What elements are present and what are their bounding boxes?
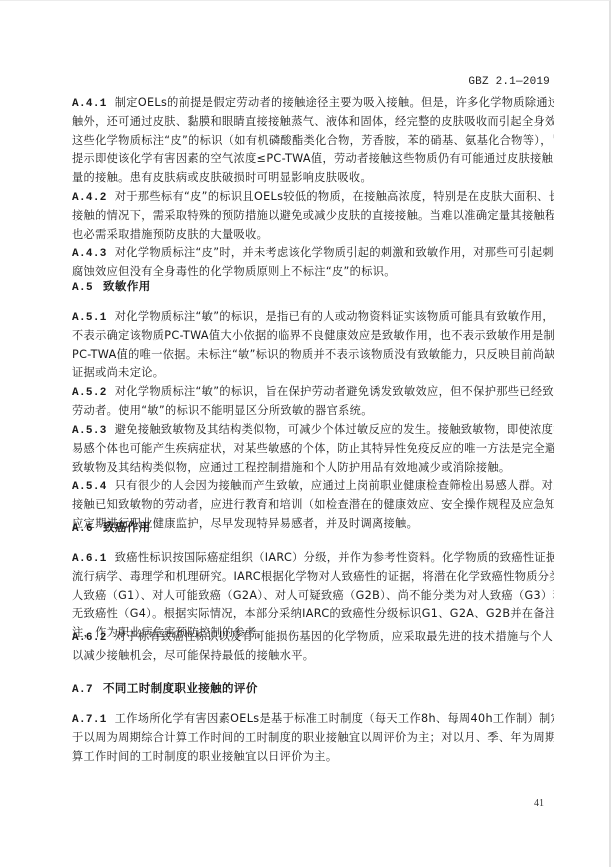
clause-number: A.4.3 xyxy=(72,248,107,260)
paragraph-a-5-2: A.5.2对化学物质标注“敏”的标识，旨在保护劳动者避免诱发致敏效应，但不保护那… xyxy=(72,383,554,421)
section-number: A.6 xyxy=(72,523,93,535)
text-line: 对化学物质标注“敏”的标识，是指已有的人或动物资料证实该物质可能具有致敏作用，但… xyxy=(115,310,554,323)
clause-number: A.4.2 xyxy=(72,192,107,204)
paragraph-a-4-2: A.4.2对于那些标有“皮”的标识且OELs较低的物质，在接触高浓度，特别是在皮… xyxy=(72,188,554,244)
text-line: 以减少接触机会，尽可能保持最低的接触水平。 xyxy=(72,647,554,666)
clause-number: A.5.4 xyxy=(72,481,107,493)
text-line: 流行病学、毒理学和机理研究。IARC根据化学物对人致癌性的证据，将潜在化学致癌性… xyxy=(72,568,554,587)
clause-number: A.5.3 xyxy=(72,425,107,437)
section-number: A.7 xyxy=(72,684,93,696)
text-line: 证据或尚未定论。 xyxy=(72,364,554,383)
section-heading-a-7: A.7不同工时制度职业接触的评价 xyxy=(72,680,258,696)
text-line: 这些化学物质标注“皮”的标识（如有机磷酸酯类化合物，芳香胺，苯的硝基、氨基化合物… xyxy=(72,132,554,151)
text-line: 制定OELs的前提是假定劳动者的接触途径主要为吸入接触。但是，许多化学物质除通过… xyxy=(115,96,554,109)
clause-number: A.7.1 xyxy=(72,714,107,726)
paragraph-a-4-1: A.4.1制定OELs的前提是假定劳动者的接触途径主要为吸入接触。但是，许多化学… xyxy=(72,94,554,188)
paragraph-a-5-3: A.5.3避免接触致敏物及其结构类似物，可减少个体过敏反应的发生。接触致敏物，即… xyxy=(72,421,554,477)
paragraph-a-4-3: A.4.3对化学物质标注“皮”时，并未考虑该化学物质引起的刺激和致敏作用，对那些… xyxy=(72,244,554,282)
paragraph-a-6-2: A.6.2对于标有致癌性标识以及有可能损伤基因的化学物质，应采取最先进的技术措施… xyxy=(72,628,554,666)
clause-number: A.6.2 xyxy=(72,632,107,644)
text-line: 致敏物及其结构类似物，应通过工程控制措施和个人防护用品有效地减少或消除接触。 xyxy=(72,459,554,478)
section-title: 不同工时制度职业接触的评价 xyxy=(103,681,258,695)
clause-number: A.5.2 xyxy=(72,387,107,399)
text-line: 也必需采取措施预防皮肤的大量吸收。 xyxy=(72,226,554,245)
text-line: 对于那些标有“皮”的标识且OELs较低的物质，在接触高浓度，特别是在皮肤大面积、… xyxy=(115,190,554,203)
text-line: 于以周为周期综合计算工作时间的工时制度的职业接触宜以周评价为主；对以月、季、年为… xyxy=(72,729,554,748)
text-line: 不表示确定该物质PC-TWA值大小依据的临界不良健康效应是致敏作用，也不表示致敏… xyxy=(72,327,554,346)
section-title: 致癌作用 xyxy=(103,520,151,534)
text-line: 致癌性标识按国际癌症组织（IARC）分级，并作为参考性资料。化学物质的致癌性证据… xyxy=(115,551,554,564)
text-line: 对化学物质标注“皮”时，并未考虑该化学物质引起的刺激和致敏作用，对那些可引起刺激… xyxy=(115,246,554,259)
clause-number: A.5.1 xyxy=(72,312,107,324)
section-heading-a-5: A.5致敏作用 xyxy=(72,278,151,294)
page-number: 41 xyxy=(534,798,544,809)
standard-code-header: GBZ 2.1—2019 xyxy=(468,76,550,88)
document-page: GBZ 2.1—2019 A.4.1制定OELs的前提是假定劳动者的接触途径主要… xyxy=(0,0,611,867)
text-line: 只有很少的人会因为接触而产生致敏，应通过上岗前职业健康检查筛检出易感人群。对工作… xyxy=(115,479,554,492)
text-line: 无致癌性（G4）。根据实际情况，本部分采纳IARC的致癌性分级标识G1、G2A、… xyxy=(72,605,554,624)
text-line: 对于标有致癌性标识以及有可能损伤基因的化学物质，应采取最先进的技术措施与个人防护… xyxy=(115,630,554,643)
text-line: 易感个体也可能产生疾病症状，对某些敏感的个体，防止其特异性免疫反应的唯一方法是完… xyxy=(72,440,554,459)
text-line: 对化学物质标注“敏”的标识，旨在保护劳动者避免诱发致敏效应，但不保护那些已经致敏… xyxy=(115,385,554,398)
text-line: 算工作时间的工时制度的职业接触宜以日评价为主。 xyxy=(72,748,554,767)
clause-number: A.4.1 xyxy=(72,98,107,110)
text-line: 提示即使该化学有害因素的空气浓度≤PC-TWA值，劳动者接触这些物质仍有可能通过… xyxy=(72,150,554,169)
clause-number: A.6.1 xyxy=(72,553,107,565)
text-line: 避免接触致敏物及其结构类似物，可减少个体过敏反应的发生。接触致敏物，即使浓度很低… xyxy=(115,423,554,436)
text-line: PC-TWA值的唯一依据。未标注“敏”标识的物质并不表示该物质没有致敏能力，只反… xyxy=(72,346,554,365)
paragraph-a-7-1: A.7.1工作场所化学有害因素OELs是基于标准工时制度（每天工作8h、每周40… xyxy=(72,710,554,766)
text-line: 触外，还可通过皮肤、黏膜和眼睛直接接触蒸气、液体和固体，经完整的皮肤吸收而引起全… xyxy=(72,113,554,132)
text-line: 人致癌（G1）、对人可能致癌（G2A）、对人可疑致癌（G2B）、尚不能分类为对人… xyxy=(72,587,554,606)
paragraph-a-5-1: A.5.1对化学物质标注“敏”的标识，是指已有的人或动物资料证实该物质可能具有致… xyxy=(72,308,554,383)
section-title: 致敏作用 xyxy=(103,279,151,293)
section-heading-a-6: A.6致癌作用 xyxy=(72,519,151,535)
text-line: 量的接触。患有皮肤病或皮肤破损时可明显影响皮肤吸收。 xyxy=(72,169,554,188)
text-line: 劳动者。使用“敏”的标识不能明显区分所致敏的器官系统。 xyxy=(72,402,554,421)
text-line: 接触的情况下，需采取特殊的预防措施以避免或减少皮肤的直接接触。当难以准确定量其接… xyxy=(72,207,554,226)
text-line: 工作场所化学有害因素OELs是基于标准工时制度（每天工作8h、每周40h工作制）… xyxy=(115,712,554,725)
text-line: 接触已知致敏物的劳动者，应进行教育和培训（如检查潜在的健康效应、安全操作规程及应… xyxy=(72,496,554,515)
section-number: A.5 xyxy=(72,282,93,294)
